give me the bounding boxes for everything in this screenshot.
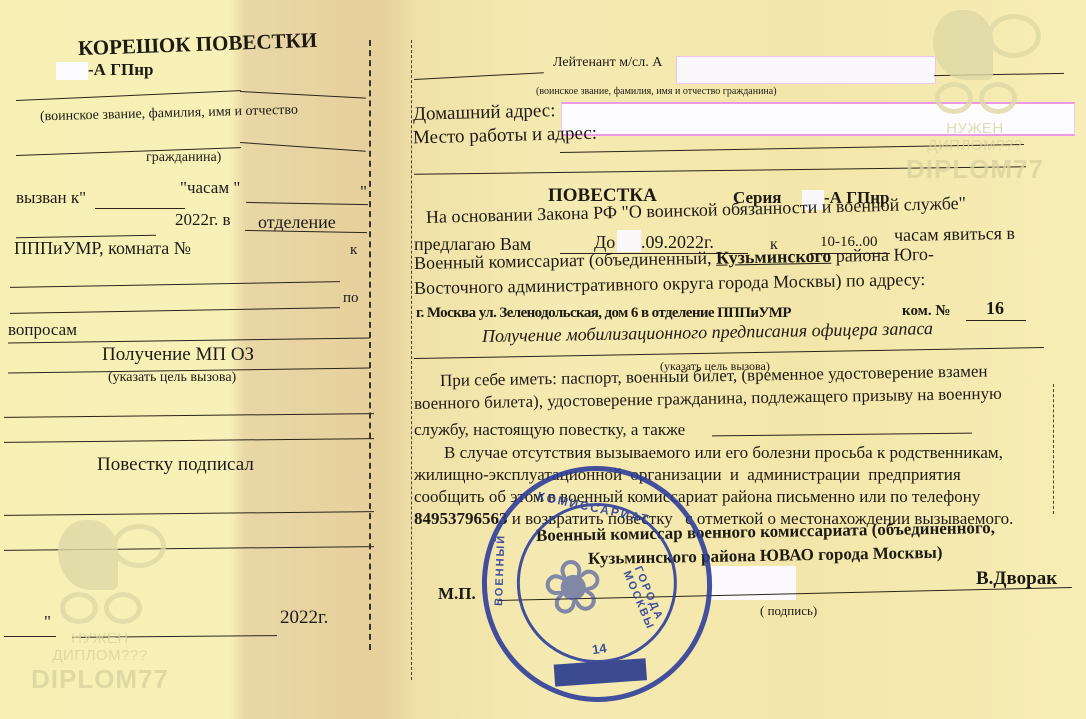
watermark-text-2: DIPLOM77 xyxy=(25,664,175,695)
absence-line-1: В случае отсутствия вызываемого или его … xyxy=(444,443,1003,463)
signature-line-1 xyxy=(4,511,374,516)
blank-line-2 xyxy=(10,307,340,314)
district-name: Кузьминского xyxy=(716,246,832,268)
name-line-right xyxy=(240,91,366,99)
address-line: г. Москва ул. Зеленодольская, дом 6 в от… xyxy=(416,305,791,322)
k-label: к xyxy=(350,242,357,259)
stamp-bar xyxy=(554,658,647,686)
blank-line-1 xyxy=(10,281,340,288)
stamp-text-left: ВОЕННЫЙ xyxy=(493,534,508,607)
stub-series: -А ГПнр xyxy=(88,60,153,80)
po-label: по xyxy=(343,290,359,307)
stub-year: 2022г. xyxy=(280,607,328,629)
home-address-label: Домашний адрес: xyxy=(413,100,556,126)
absence-line-3: сообщить об этом в военный комиссариат р… xyxy=(414,487,980,507)
watermark-bottom-left: НУЖЕН ДИПЛОМ??? DIPLOM77 xyxy=(25,520,175,695)
room-label: ПППиУМР, комната № xyxy=(14,238,191,259)
cut-line-notice-right xyxy=(1053,384,1054,514)
name-caption-2: гражданина) xyxy=(146,150,221,166)
room-number: 16 xyxy=(986,298,1004,319)
hours-text: часам явиться в xyxy=(894,223,1015,246)
phone-number: 84953796563 xyxy=(414,509,508,528)
watermark-text-1: НУЖЕН ДИПЛОМ??? xyxy=(900,120,1050,154)
law-line: На основании Закона РФ "О воинской обяза… xyxy=(426,193,967,228)
signed-label: Повестку подписал xyxy=(97,454,254,476)
hours-line xyxy=(246,202,368,205)
cut-line-notice-left xyxy=(411,40,412,680)
rank-name: Лейтенант м/сл. А xyxy=(553,55,662,71)
stamp-number: 14 xyxy=(591,640,607,657)
name-caption: (воинское звание, фамилия, имя и отчеств… xyxy=(40,103,298,126)
work-address-label: Место работы и адрес: xyxy=(413,123,598,150)
mp-label: М.П. xyxy=(438,584,476,604)
bring-extra-line xyxy=(712,433,972,437)
commissariat-text-end: района Юго- xyxy=(831,244,934,266)
stub-title: КОРЕШОК ПОВЕСТКИ xyxy=(78,28,318,61)
hours-label: "часам " xyxy=(180,178,240,198)
stub-purpose: Получение МП ОЗ xyxy=(102,344,254,366)
name-line-2-right xyxy=(240,142,366,152)
redacted-name xyxy=(676,56,936,84)
watermark-logo-icon xyxy=(915,10,1035,120)
watermark-logo-icon xyxy=(40,520,160,630)
notice-name-caption: (воинское звание, фамилия, имя и отчеств… xyxy=(536,86,777,97)
commissariat-line-2: Восточного административного округа горо… xyxy=(414,269,926,299)
quote-close: " xyxy=(360,182,367,202)
called-to-label: вызван к" xyxy=(16,188,86,208)
name-line-left xyxy=(414,72,544,80)
bring-line-3: службу, настоящую повестку, а также xyxy=(414,420,685,440)
commissariat-text: Военный комиссариат (объединенный, xyxy=(414,248,716,273)
stub-purpose-caption: (указать цель вызова) xyxy=(108,370,236,386)
eagle-emblem-icon: ❀ xyxy=(537,540,611,635)
cut-line-stub xyxy=(369,40,371,650)
day-line xyxy=(95,208,185,209)
watermark-text-1: НУЖЕН ДИПЛОМ??? xyxy=(25,630,175,664)
room-line xyxy=(966,320,1026,321)
blank-line-4 xyxy=(4,438,374,443)
blank-line-3 xyxy=(4,413,374,418)
absence-line-2: жилищно-эксплуатационной организации и а… xyxy=(414,465,961,485)
watermark-top-right: НУЖЕН ДИПЛОМ??? DIPLOM77 xyxy=(900,10,1050,185)
name-line xyxy=(16,90,241,101)
watermark-text-2: DIPLOM77 xyxy=(900,154,1050,185)
questions-label: вопросам xyxy=(8,320,77,340)
notice-purpose: Получение мобилизационного предписания о… xyxy=(482,318,933,347)
signature-caption: ( подпись) xyxy=(760,603,817,619)
purpose-line-notice xyxy=(414,347,1044,359)
redacted-series-number xyxy=(56,62,88,80)
year-in-label: 2022г. в xyxy=(175,210,231,230)
